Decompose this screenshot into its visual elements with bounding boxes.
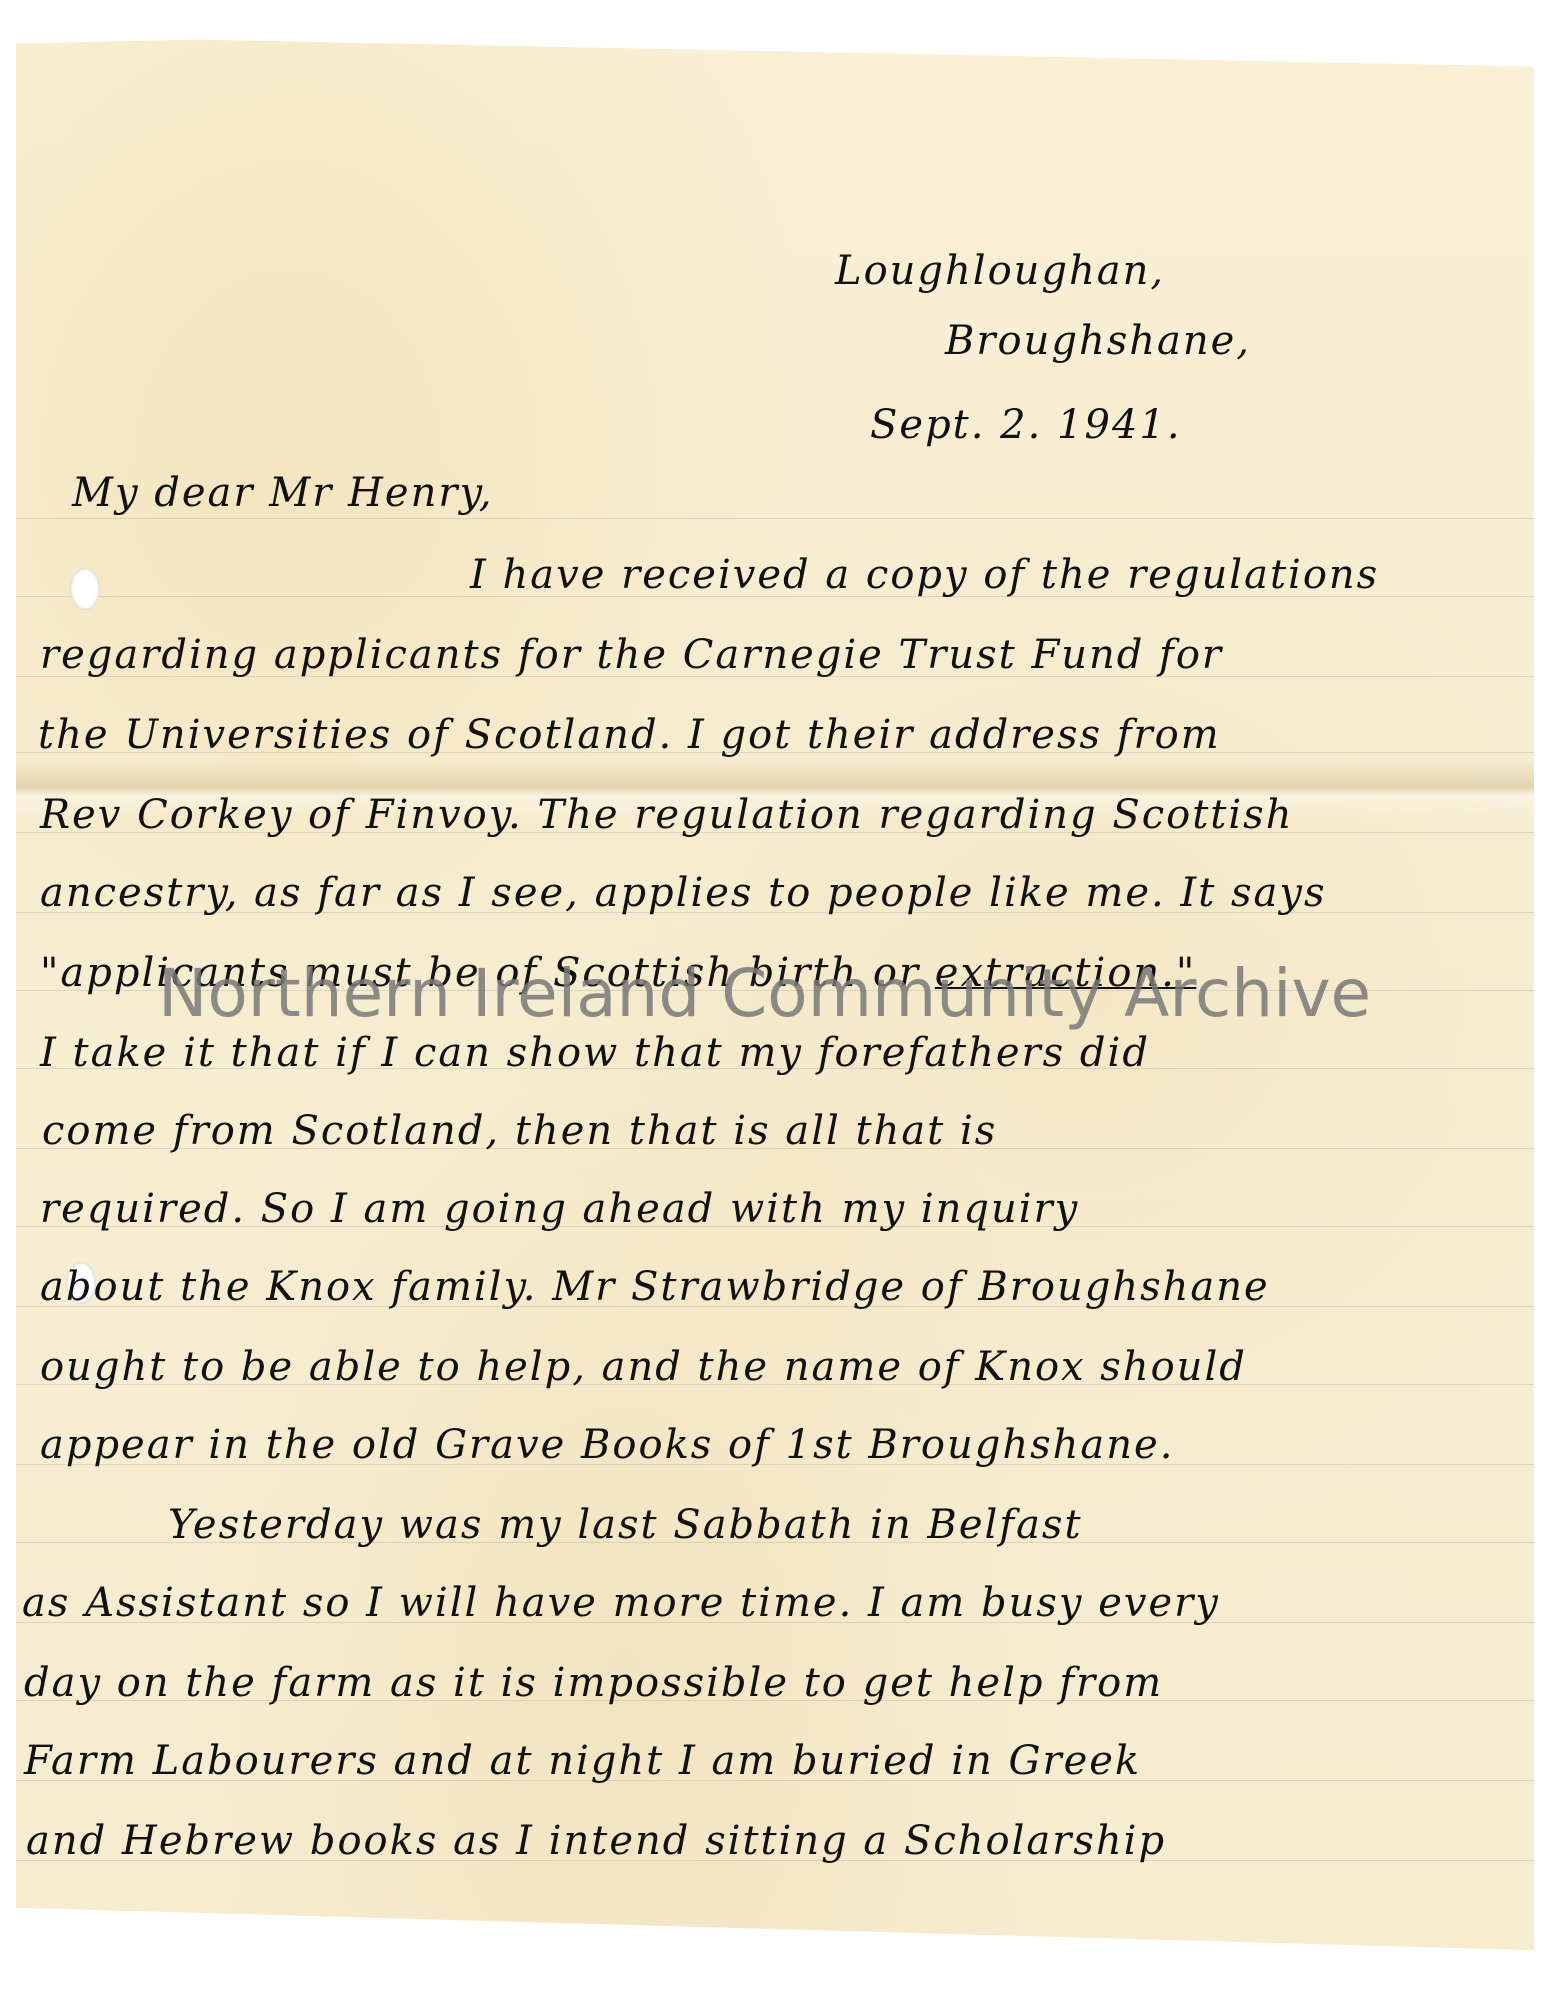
body-line: Yesterday was my last Sabbath in Belfast xyxy=(168,1502,1083,1548)
body-line: and Hebrew books as I intend sitting a S… xyxy=(26,1818,1166,1864)
body-line: about the Knox family. Mr Strawbridge of… xyxy=(40,1264,1270,1310)
body-line: day on the farm as it is impossible to g… xyxy=(24,1660,1163,1706)
body-line: Rev Corkey of Finvoy. The regulation reg… xyxy=(40,792,1293,838)
underlined-word: extraction." xyxy=(935,950,1197,996)
body-line: regarding applicants for the Carnegie Tr… xyxy=(40,632,1223,678)
address-line-2: Broughshane, xyxy=(945,318,1251,364)
body-line: I have received a copy of the regulation… xyxy=(470,552,1379,598)
body-line-text: "applicants must be of Scottish birth or xyxy=(40,950,920,996)
letter-date: Sept. 2. 1941. xyxy=(870,402,1182,448)
punch-hole xyxy=(70,568,100,610)
address-line-1: Loughloughan, xyxy=(835,248,1165,294)
salutation: My dear Mr Henry, xyxy=(72,470,493,516)
body-line: ought to be able to help, and the name o… xyxy=(40,1344,1247,1390)
body-line: Farm Labourers and at night I am buried … xyxy=(24,1738,1141,1784)
body-line: "applicants must be of Scottish birth or… xyxy=(40,950,1196,996)
ruled-line xyxy=(16,518,1534,519)
body-line: I take it that if I can show that my for… xyxy=(40,1030,1150,1076)
body-line: as Assistant so I will have more time. I… xyxy=(22,1580,1220,1626)
body-line: ancestry, as far as I see, applies to pe… xyxy=(40,870,1327,916)
body-line: required. So I am going ahead with my in… xyxy=(40,1186,1079,1232)
body-line: appear in the old Grave Books of 1st Bro… xyxy=(40,1422,1174,1468)
body-line: the Universities of Scotland. I got thei… xyxy=(38,712,1221,758)
body-line: come from Scotland, then that is all tha… xyxy=(42,1108,997,1154)
